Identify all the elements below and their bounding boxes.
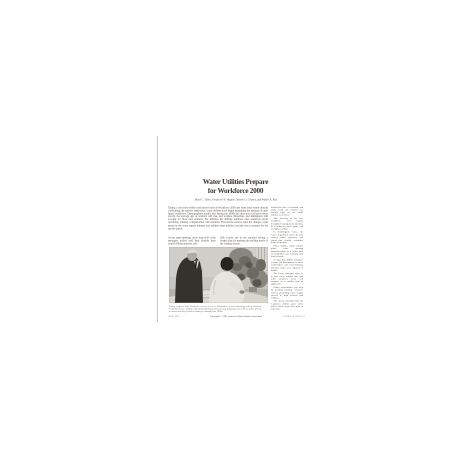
- right-column-paragraph: At East Bay MUD, managers rewrote job de…: [271, 259, 303, 272]
- body-column-right: behind the pace of demand, and many loca…: [271, 206, 303, 313]
- article-title-line1: Water Utilities Prepare: [168, 178, 303, 187]
- article-title-line2: for Workforce 2000: [168, 187, 303, 196]
- body-column-left: At the same meeting, more than half of t…: [168, 236, 216, 247]
- body-column-middle: Still, barely one in ten reported having…: [220, 236, 268, 247]
- right-column-paragraph: The lesson, managers agree, is to start …: [271, 272, 303, 285]
- photo-caption: Senior engineer Ray Hollman reviews a se…: [169, 305, 261, 314]
- right-column-paragraph: Other utilities report similar gains aft…: [271, 245, 303, 258]
- scanned-article-page: Water Utilities Prepare for Workforce 20…: [0, 0, 458, 458]
- intro-paragraph: Taking a cue from widely read reports su…: [168, 206, 268, 234]
- footer-journal-page: JOURNAL AWWA 73: [240, 315, 305, 319]
- article-title: Water Utilities Prepare for Workforce 20…: [168, 178, 303, 197]
- article-photo: [169, 247, 268, 303]
- article-byline: Mark C. Tobin, Frederick W. Wagner, Mart…: [168, 198, 303, 203]
- right-column-paragraph: behind the pace of demand, and many loca…: [271, 206, 303, 217]
- right-column-paragraph: Utility associations can help by pooling…: [271, 286, 303, 299]
- page-left-edge-line: [157, 136, 158, 322]
- right-column-paragraph: In Southington, Conn., the water departm…: [271, 231, 303, 244]
- right-column-paragraph: This diversity in the new workforce will…: [271, 217, 303, 230]
- right-column-paragraph: The survey summary lists the responses u…: [271, 300, 303, 311]
